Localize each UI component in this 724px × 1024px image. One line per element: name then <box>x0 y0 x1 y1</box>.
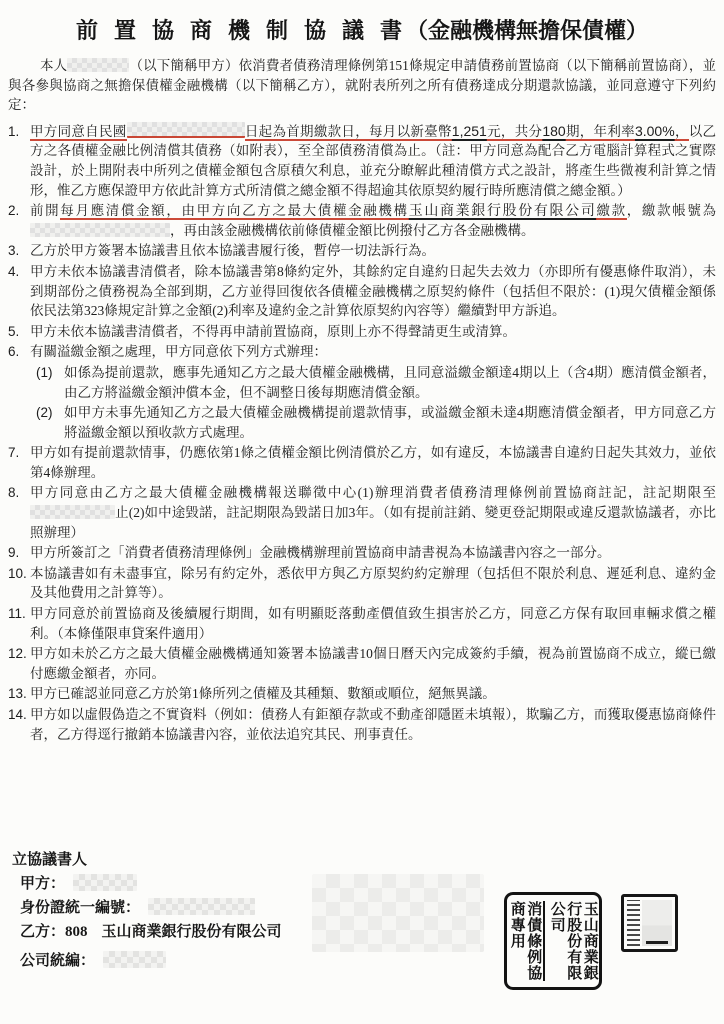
text-segment: 1,251 <box>452 123 487 141</box>
party-a-line: 甲方： <box>20 872 137 893</box>
company-tax-line: 公司統編： <box>20 949 166 970</box>
item-number: 14. <box>8 705 27 725</box>
agreement-item-4: 4.甲方未依本協議書清償者，除本協議書第8條約定外，其餘約定自違約日起失去效力（… <box>8 262 716 321</box>
text-segment: 如甲方未事先通知乙方之最大債權金融機構提前還款情事，或溢繳金額未達4期應清償金額… <box>64 405 716 440</box>
text-segment: 前開 <box>30 203 60 218</box>
agreement-item-11: 11.甲方同意於前置協商及後續履行期間，如有明顯貶落動產價值致生損害於乙方，同意… <box>8 604 716 643</box>
item-number: 12. <box>8 644 27 664</box>
agreement-item-13: 13.甲方已確認並同意乙方於第1條所列之債權及其種類、數額或順位，絕無異議。 <box>8 684 716 704</box>
text-segment: 如係為提前還款，應事先通知乙方之最大債權金融機構，且同意溢繳金額達4期以上（含4… <box>64 365 716 400</box>
text-segment: 甲方如以虛假偽造之不實資料（例如：債務人有鉅額存款或不動產卻隱匿未填報），欺騙乙… <box>30 707 716 742</box>
item-number: 3. <box>8 241 19 261</box>
item-number: 13. <box>8 684 27 704</box>
intro-paragraph: 本人（以下簡稱甲方）依消費者債務清理條例第151條規定申請債務前置協商（以下簡稱… <box>8 56 716 115</box>
text-segment: 甲方已確認並同意乙方於第1條所列之債權及其種類、數額或順位，絕無異議。 <box>30 686 496 701</box>
agreement-item-6: 6.有關溢繳金額之處理，甲方同意依下列方式辦理： <box>8 342 716 362</box>
document-title: 前置協商機制協議書（金融機構無擔保債權） <box>0 0 724 45</box>
redacted-signature-area <box>312 874 484 952</box>
agreement-item-1-sub: (1)如係為提前還款，應事先通知乙方之最大債權金融機構，且同意溢繳金額達4期以上… <box>8 363 716 402</box>
party-b-name: 玉山商業銀行股份有限公司 <box>102 924 282 940</box>
text-segment: 180 <box>542 123 565 141</box>
redacted-tax-id <box>103 951 166 968</box>
signature-block: 立協議書人 甲方： 身份證統一編號： 乙方：808玉山商業銀行股份有限公司 公司… <box>12 848 712 1024</box>
title-main: 前置協商機制協議書 <box>76 18 418 43</box>
agreement-item-5: 5.甲方未依本協議書清償者，不得再申請前置協商，原則上亦不得聲請更生或清算。 <box>8 322 716 342</box>
text-segment: 繳款 <box>596 203 626 220</box>
text-segment: 日起為首期繳款日，每月以新臺幣 <box>245 124 452 141</box>
agreement-item-3: 3.乙方於甲方簽署本協議書且依本協議書履行後，暫停一切法訴行為。 <box>8 241 716 261</box>
text-segment: ，繳款帳號為 <box>627 203 716 218</box>
text-segment: 甲方未依本協議書清償者，不得再申請前置協商，原則上亦不得聲請更生或清算。 <box>30 324 516 339</box>
text-segment: 止(2)如中途毀諾，註記期限為毀諾日加3年。（如有提前註銷、變更登記期限或違反還… <box>30 505 716 540</box>
text-segment: 甲方未依本協議書清償者，除本協議書第8條約定外，其餘約定自違約日起失去效力（亦即… <box>30 264 716 318</box>
text-segment: ， <box>675 124 689 141</box>
seal-purpose-text: 消債條例協商專用 <box>508 901 545 981</box>
redacted-text <box>30 505 115 519</box>
agreement-item-10: 10.本協議書如有未盡事宜，除另有約定外，悉依甲方與乙方原契約約定辦理（包括但不… <box>8 564 716 603</box>
seal-redacted-area <box>642 900 672 946</box>
document-body: 本人（以下簡稱甲方）依消費者債務清理條例第151條規定申請債務前置協商（以下簡稱… <box>0 56 724 744</box>
party-b-code: 808 <box>65 924 88 940</box>
seal-illegible-text <box>627 900 640 946</box>
text-segment: 本人 <box>40 58 67 73</box>
party-a-label: 甲方： <box>20 876 65 892</box>
text-segment: 每月應清償金額，由甲方向乙方之最大債權金融機構 <box>60 203 408 220</box>
party-b-label: 乙方： <box>20 924 65 940</box>
redacted-text <box>30 223 170 237</box>
agreement-item-1: 1.甲方同意自民國日起為首期繳款日，每月以新臺幣1,251元，共分180期，年利… <box>8 122 716 200</box>
item-number: (2) <box>36 403 53 423</box>
item-number: 4. <box>8 262 19 282</box>
agreement-item-12: 12.甲方如未於乙方之最大債權金融機構通知簽署本協議書10個日曆天內完成簽約手續… <box>8 644 716 683</box>
item-number: 11. <box>8 604 26 624</box>
party-b-line: 乙方：808玉山商業銀行股份有限公司 <box>20 920 282 941</box>
redacted-text <box>127 122 245 138</box>
text-segment: 有關溢繳金額之處理，甲方同意依下列方式辦理： <box>30 344 327 359</box>
agreement-item-14: 14.甲方如以虛假偽造之不實資料（例如：債務人有鉅額存款或不動產卻隱匿未填報），… <box>8 705 716 744</box>
text-segment: 甲方同意由乙方之最大債權金融機構報送聯徵中心(1)辦理消費者債務清理條例前置協商… <box>30 485 716 500</box>
agreement-item-8: 8.甲方同意由乙方之最大債權金融機構報送聯徵中心(1)辦理消費者債務清理條例前置… <box>8 483 716 542</box>
seal-company-text: 玉山商業銀行股份有限公司 <box>548 901 598 981</box>
text-segment: 3.00% <box>635 123 675 141</box>
bank-seal-stamp: 消債條例協商專用 玉山商業銀行股份有限公司 <box>504 892 602 990</box>
company-tax-label: 公司統編： <box>20 953 95 969</box>
text-segment: 期，年利率 <box>566 124 635 141</box>
title-paren: （金融機構無擔保債權） <box>406 18 648 43</box>
text-segment: ，再由該金融機構依前條債權金額比例撥付乙方各金融機構。 <box>170 223 535 238</box>
redacted-id-number <box>148 898 255 915</box>
item-number: 7. <box>8 443 19 463</box>
redacted-text <box>67 58 129 72</box>
item-number: 9. <box>8 543 19 563</box>
item-number: (1) <box>36 363 53 383</box>
text-segment: 甲方所簽訂之「消費者債務清理條例」金融機構辦理前置協商申請書視為本協議書內容之一… <box>30 545 611 560</box>
item-number: 2. <box>8 201 19 221</box>
item-number: 10. <box>8 564 27 584</box>
agreement-item-2-sub: (2)如甲方未事先通知乙方之最大債權金融機構提前還款情事，或溢繳金額未達4期應清… <box>8 403 716 442</box>
text-segment: 甲方同意自民國 <box>30 124 127 141</box>
document-page: 前置協商機制協議書（金融機構無擔保債權） 本人（以下簡稱甲方）依消費者債務清理條… <box>0 0 724 1024</box>
text-segment: 元，共分 <box>487 124 542 141</box>
text-segment: 乙方於甲方簽署本協議書且依本協議書履行後，暫停一切法訴行為。 <box>30 243 435 258</box>
text-segment: 甲方如有提前還款情事，仍應依第1條之債權金額比例清償於乙方，如有違反，本協議書自… <box>30 445 716 480</box>
text-segment: 本協議書如有未盡事宜，除另有約定外，悉依甲方與乙方原契約約定辦理（包括但不限於利… <box>30 566 716 601</box>
id-line: 身份證統一編號： <box>20 896 255 917</box>
id-label: 身份證統一編號： <box>20 900 140 916</box>
item-number: 6. <box>8 342 19 362</box>
agreement-item-2: 2.前開每月應清償金額，由甲方向乙方之最大債權金融機構玉山商業銀行股份有限公司繳… <box>8 201 716 240</box>
item-number: 1. <box>8 122 19 142</box>
item-number: 8. <box>8 483 19 503</box>
item-number: 5. <box>8 322 19 342</box>
small-seal-stamp <box>621 894 678 952</box>
text-segment: 玉山商業銀行股份有限公司 <box>409 202 597 220</box>
agreement-items: 1.甲方同意自民國日起為首期繳款日，每月以新臺幣1,251元，共分180期，年利… <box>8 122 716 744</box>
text-segment: 甲方同意於前置協商及後續履行期間，如有明顯貶落動產價值致生損害於乙方，同意乙方保… <box>30 606 716 641</box>
agreement-item-7: 7.甲方如有提前還款情事，仍應依第1條之債權金額比例清償於乙方，如有違反，本協議… <box>8 443 716 482</box>
text-segment: 甲方如未於乙方之最大債權金融機構通知簽署本協議書10個日曆天內完成簽約手續，視為… <box>30 646 716 681</box>
redacted-party-a-name <box>73 874 137 891</box>
agreement-item-9: 9.甲方所簽訂之「消費者債務清理條例」金融機構辦理前置協商申請書視為本協議書內容… <box>8 543 716 563</box>
signature-heading: 立協議書人 <box>12 848 87 869</box>
